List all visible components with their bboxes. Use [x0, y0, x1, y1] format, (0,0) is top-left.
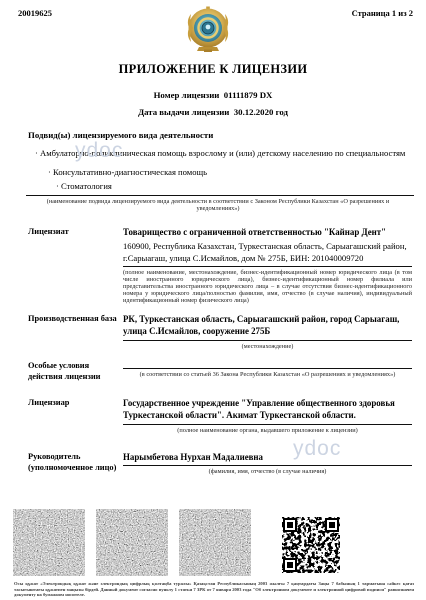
- special-conditions-label: Особые условия действия лицензии: [28, 360, 123, 383]
- head-person-underline: [123, 465, 412, 466]
- ydoc-watermark: ydoc: [75, 139, 123, 163]
- license-number-value: 01111879 DX: [224, 90, 273, 100]
- license-number-line: Номер лицензии 01111879 DX: [0, 90, 426, 100]
- subtypes-footnote: (наименование подвида лицензируемого вид…: [40, 198, 396, 212]
- head-person-name: Нарымбетова Нурхан Мадалиевна: [123, 451, 412, 464]
- licensee-underline: [123, 266, 412, 267]
- signature-noise-block: [179, 509, 251, 576]
- legal-equivalence-text: Осы құжат «Электрондық құжат және электр…: [14, 581, 414, 598]
- page-indicator: Страница 1 из 2: [352, 8, 413, 18]
- subtype-item-stomatology: Стоматология: [28, 181, 412, 192]
- license-date-value: 30.12.2020 год: [234, 107, 288, 117]
- head-person-label: Руководитель (уполномоченное лицо): [28, 451, 123, 476]
- production-base-label: Производственная база: [28, 313, 123, 350]
- licensor-row: Лицензиар Государственное учреждение "Уп…: [28, 397, 412, 434]
- signature-noise-block: [13, 509, 85, 576]
- qr-finder-top-left: [283, 518, 297, 532]
- appendix-title: ПРИЛОЖЕНИЕ К ЛИЦЕНЗИИ: [0, 62, 426, 77]
- signature-codes-strip: [13, 509, 341, 576]
- ydoc-watermark: ydoc: [293, 437, 341, 461]
- license-appendix-page: 20019625 Страница 1 из 2 ПРИЛОЖЕНИЕ К ЛИ…: [0, 0, 426, 600]
- signature-noise-block: [96, 509, 168, 576]
- head-person-row: Руководитель (уполномоченное лицо) Нарым…: [28, 451, 412, 476]
- subtype-item-consultative: Консультативно-диагностическая помощь: [28, 167, 412, 178]
- qr-finder-bottom-left: [283, 558, 297, 572]
- qr-code: [281, 514, 341, 576]
- license-date-label: Дата выдачи лицензии: [138, 107, 229, 117]
- production-base-row: Производственная база РК, Туркестанская …: [28, 313, 412, 350]
- subtypes-underline: [26, 195, 414, 196]
- licensor-label: Лицензиар: [28, 397, 123, 434]
- licensee-name: Товарищество с ограниченной ответственно…: [123, 226, 412, 239]
- licensee-address: 160900, Республика Казахстан, Туркестанс…: [123, 240, 412, 264]
- licensee-footnote: (полное наименование, местонахождение, б…: [123, 269, 412, 304]
- production-base-underline: [123, 340, 412, 341]
- license-number-label: Номер лицензии: [154, 90, 220, 100]
- licensor-value: Государственное учреждение "Управление о…: [123, 397, 412, 422]
- special-conditions-footnote: (в соответствии со статьей 36 Закона Рес…: [123, 371, 412, 378]
- special-conditions-blank-line: [123, 360, 412, 369]
- special-conditions-row: Особые условия действия лицензии (в соот…: [28, 360, 412, 383]
- licensor-footnote: (полное наименование органа, выдавшего п…: [123, 427, 412, 434]
- licensee-label: Лицензиат: [28, 226, 123, 304]
- licensor-underline: [123, 424, 412, 425]
- license-date-line: Дата выдачи лицензии 30.12.2020 год: [0, 107, 426, 117]
- kazakhstan-emblem-icon: [185, 6, 231, 53]
- production-base-footnote: (местонахождение): [123, 343, 412, 350]
- licensee-row: Лицензиат Товарищество с ограниченной от…: [28, 226, 412, 304]
- document-number: 20019625: [18, 8, 52, 18]
- head-person-footnote: (фамилия, имя, отчество (в случае наличи…: [123, 468, 412, 475]
- qr-finder-top-right: [325, 518, 339, 532]
- production-base-value: РК, Туркестанская область, Сарыагашский …: [123, 313, 412, 338]
